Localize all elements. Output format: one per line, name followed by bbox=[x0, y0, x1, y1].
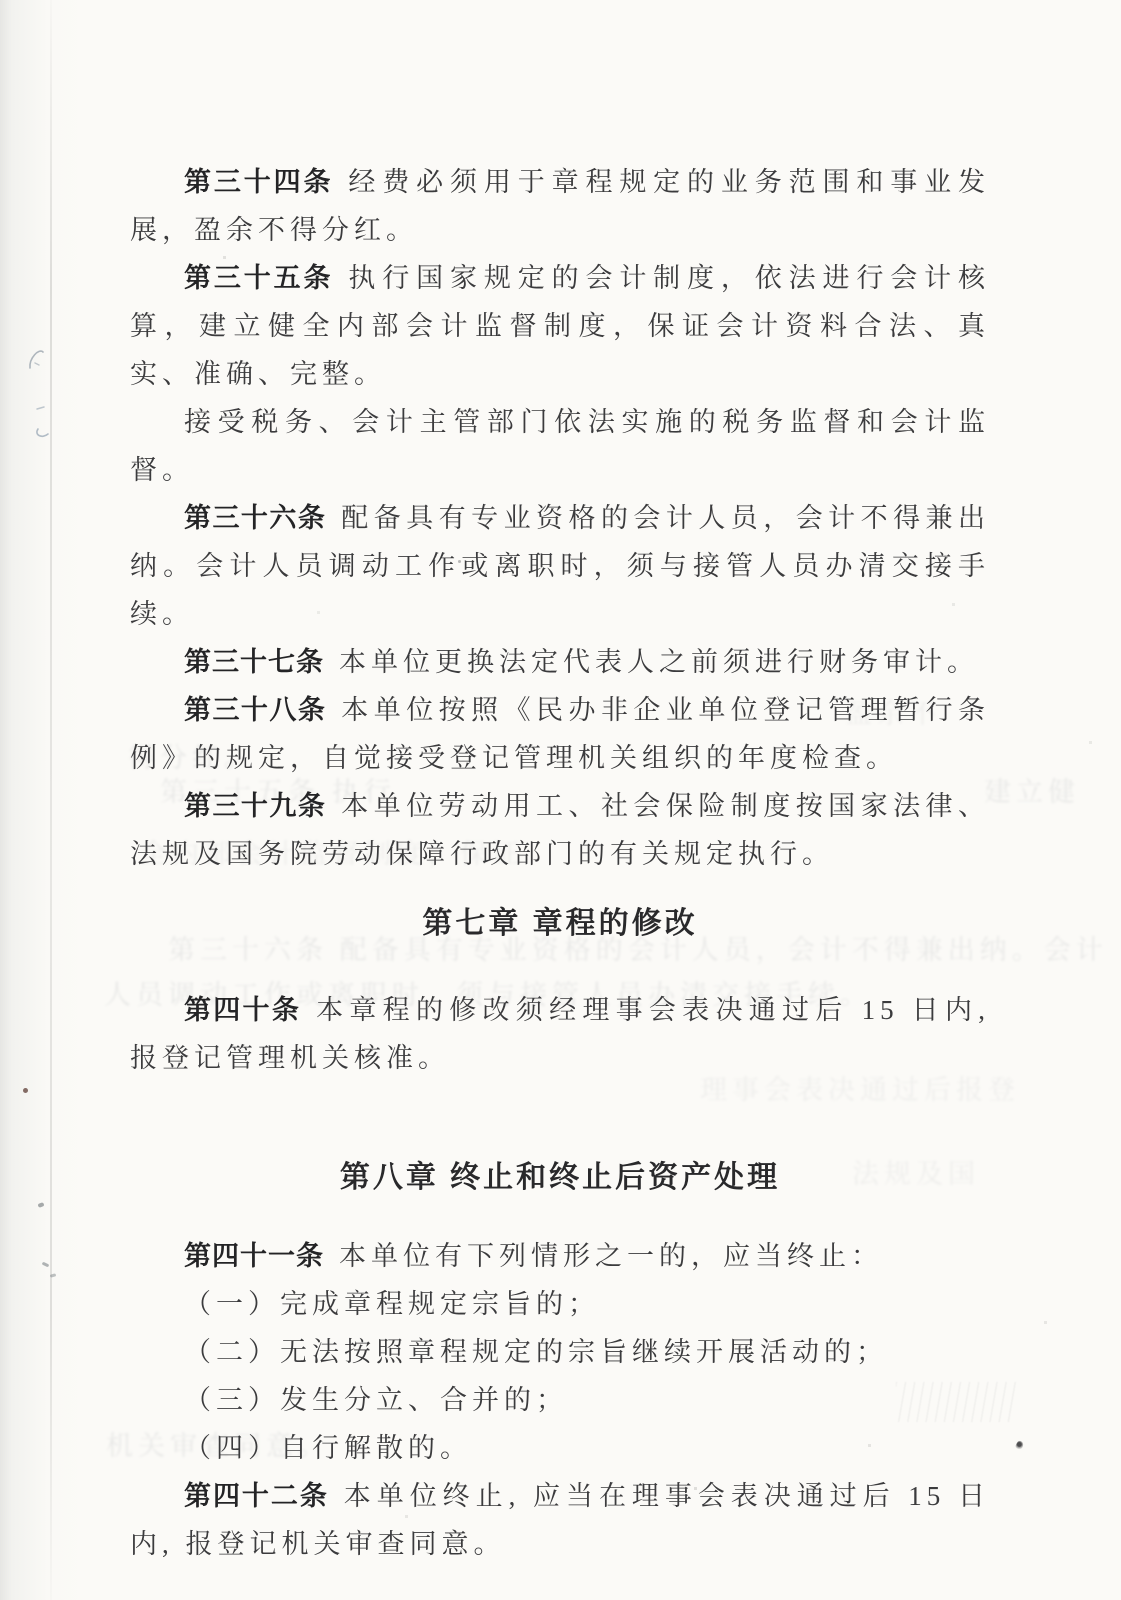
article-41: 第四十一条本单位有下列情形之一的，应当终止： bbox=[130, 1232, 990, 1280]
article-36-number: 第三十六条 bbox=[184, 503, 326, 533]
article-42: 第四十二条本单位终止, 应当在理事会表决通过后 15 日内, 报登记机关审查同意… bbox=[130, 1472, 990, 1568]
paper-fold-line bbox=[50, 0, 52, 1600]
article-35-paragraph-2: 接受税务、会计主管部门依法实施的税务监督和会计监督。 bbox=[130, 398, 990, 494]
scanned-document-page: 盈余不 得分红。 第三十五条 执行 建立健 全内部会计监督制度，保证 第三十六条… bbox=[0, 0, 1121, 1600]
chapter-7-heading: 第七章 章程的修改 bbox=[130, 900, 990, 948]
article-38-number: 第三十八条 bbox=[184, 695, 326, 725]
article-40-number: 第四十条 bbox=[184, 995, 301, 1025]
pencil-mark bbox=[32, 405, 56, 441]
article-41-item-1: （一）完成章程规定宗旨的； bbox=[130, 1280, 990, 1328]
bleedthrough-text: 建立健 bbox=[984, 770, 1080, 809]
scan-noise-specks bbox=[0, 0, 1, 1]
article-41-item-3: （三）发生分立、合并的； bbox=[130, 1376, 990, 1424]
pencil-mark bbox=[26, 345, 48, 373]
ink-speck bbox=[37, 1202, 44, 1208]
article-35-number: 第三十五条 bbox=[184, 263, 333, 293]
ink-speck bbox=[42, 1262, 50, 1268]
chapter-8-heading: 第八章 终止和终止后资产处理 bbox=[130, 1154, 990, 1202]
article-37-text: 本单位更换法定代表人之前须进行财务审计。 bbox=[339, 647, 979, 677]
ink-speck bbox=[23, 1088, 28, 1093]
article-35: 第三十五条执行国家规定的会计制度，依法进行会计核算，建立健全内部会计监督制度，保… bbox=[130, 254, 990, 398]
article-37: 第三十七条本单位更换法定代表人之前须进行财务审计。 bbox=[130, 638, 990, 686]
article-39: 第三十九条本单位劳动用工、社会保险制度按国家法律、法规及国务院劳动保障行政部门的… bbox=[130, 782, 990, 878]
ink-squiggle bbox=[1014, 1440, 1025, 1451]
article-38: 第三十八条本单位按照《民办非企业单位登记管理暂行条例》的规定，自觉接受登记管理机… bbox=[130, 686, 990, 782]
article-34: 第三十四条经费必须用于章程规定的业务范围和事业发展，盈余不得分红。 bbox=[130, 158, 990, 254]
article-40: 第四十条本章程的修改须经理事会表决通过后 15 日内,报登记管理机关核准。 bbox=[130, 986, 990, 1082]
article-37-number: 第三十七条 bbox=[184, 647, 324, 677]
article-39-number: 第三十九条 bbox=[184, 791, 326, 821]
article-34-number: 第三十四条 bbox=[184, 167, 333, 197]
article-41-item-4: （四）自行解散的。 bbox=[130, 1424, 990, 1472]
document-body: 第三十四条经费必须用于章程规定的业务范围和事业发展，盈余不得分红。 第三十五条执… bbox=[130, 158, 990, 1568]
article-41-number: 第四十一条 bbox=[184, 1241, 324, 1271]
article-42-number: 第四十二条 bbox=[184, 1481, 329, 1511]
article-41-item-2: （二）无法按照章程规定的宗旨继续开展活动的； bbox=[130, 1328, 990, 1376]
article-36: 第三十六条配备具有专业资格的会计人员，会计不得兼出纳。会计人员调动工作或离职时，… bbox=[130, 494, 990, 638]
article-41-text: 本单位有下列情形之一的，应当终止： bbox=[339, 1241, 883, 1271]
